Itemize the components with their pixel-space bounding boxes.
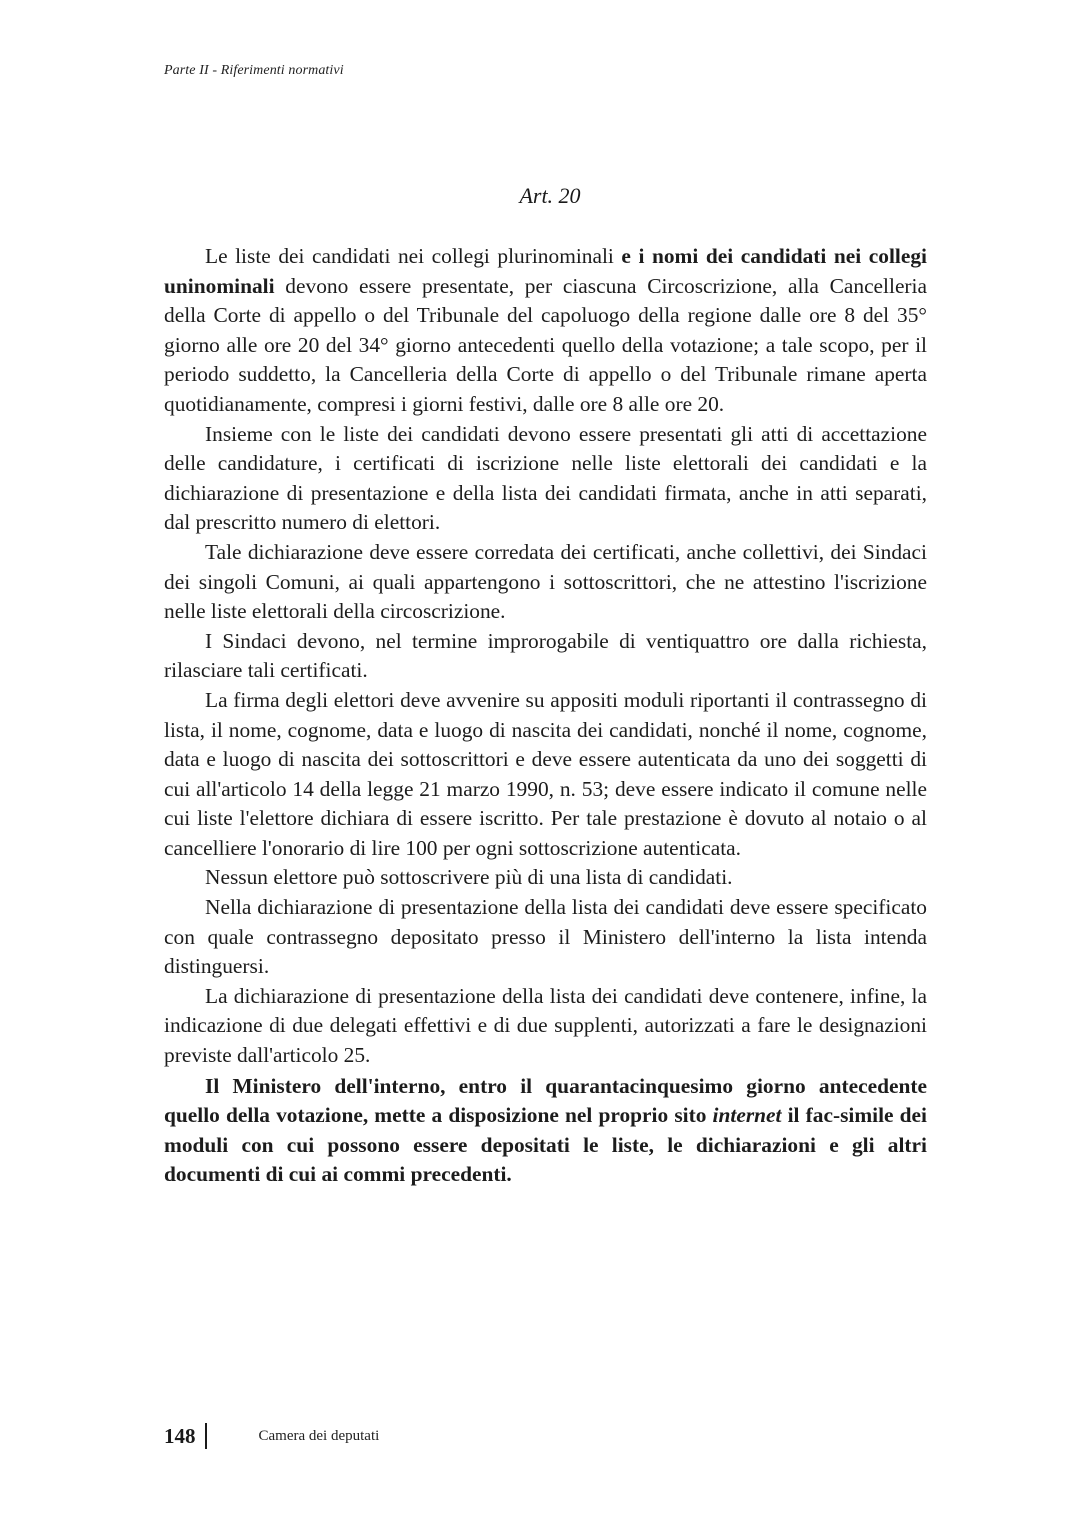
page-number: 148 [164,1424,196,1449]
publisher-label: Camera dei deputati [259,1428,380,1445]
paragraph-6: Nessun elettore può sottoscrivere più di… [164,863,927,893]
paragraph-3: Tale dichiarazione deve essere corredata… [164,538,927,627]
paragraph-8: La dichiarazione di presentazione della … [164,982,927,1071]
paragraph-4: I Sindaci devono, nel termine improrogab… [164,627,927,686]
footer-divider [205,1423,207,1449]
running-header: Parte II - Riferimenti normativi [164,63,344,79]
article-title: Art. 20 [0,183,1074,209]
paragraph-9-amendment: Il Ministero dell'interno, entro il quar… [164,1072,927,1190]
paragraph-9-italic-term: internet [713,1103,782,1127]
paragraph-1: Le liste dei candidati nei collegi pluri… [164,242,927,420]
page-footer: 148 Camera dei deputati [164,1421,379,1451]
article-body: Le liste dei candidati nei collegi pluri… [164,242,927,1190]
paragraph-1-text-a: Le liste dei candidati nei collegi pluri… [205,244,621,268]
paragraph-5: La firma degli elettori deve avvenire su… [164,686,927,864]
paragraph-7: Nella dichiarazione di presentazione del… [164,893,927,982]
paragraph-1-text-b: devono essere presentate, per ciascuna C… [164,274,927,416]
paragraph-2: Insieme con le liste dei candidati devon… [164,420,927,538]
